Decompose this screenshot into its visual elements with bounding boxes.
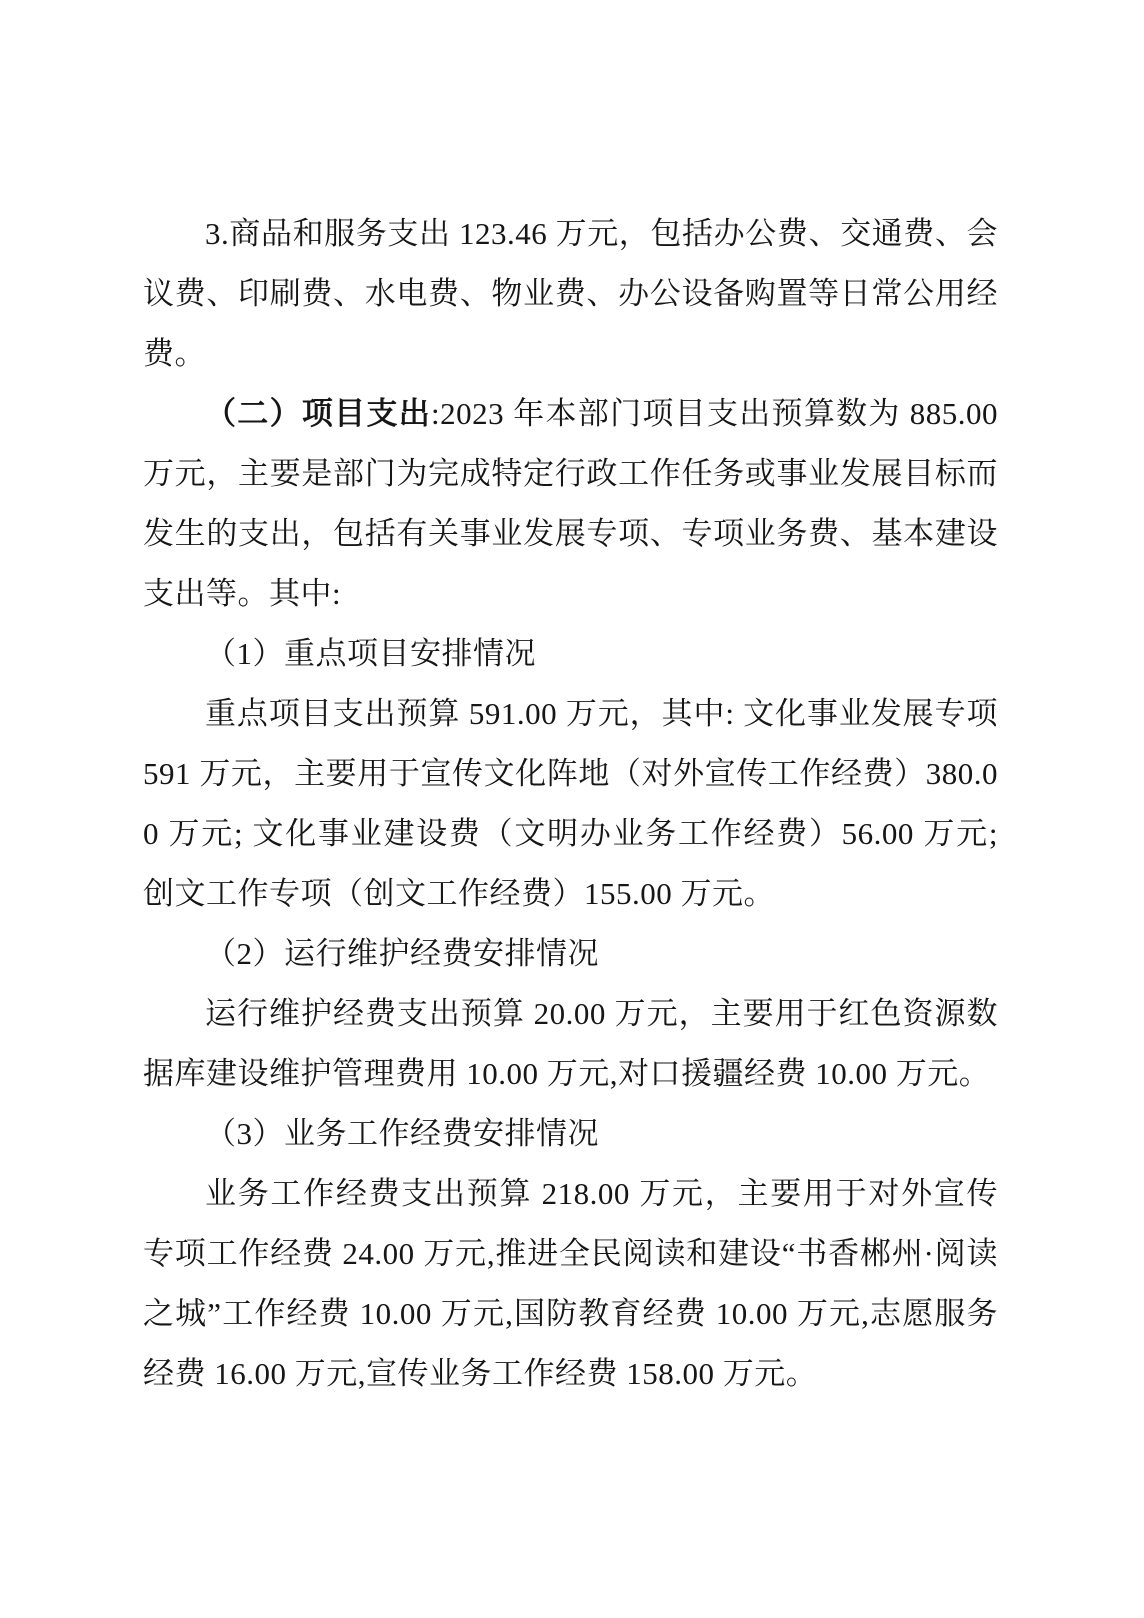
para-key-project-detail: 重点项目支出预算 591.00 万元，其中: 文化事业发展专项 591 万元，主… [143, 684, 998, 924]
body-text: （2）运行维护经费安排情况 [205, 936, 599, 971]
body-text: 3.商品和服务支出 123.46 万元，包括办公费、交通费、会议费、印刷费、水电… [143, 216, 998, 371]
para-operation-maintenance-detail: 运行维护经费支出预算 20.00 万元，主要用于红色资源数据库建设维护管理费用 … [143, 984, 998, 1104]
body-text: 重点项目支出预算 591.00 万元，其中: 文化事业发展专项 591 万元，主… [143, 696, 998, 911]
document-body: 3.商品和服务支出 123.46 万元，包括办公费、交通费、会议费、印刷费、水电… [143, 204, 998, 1404]
para-project-expenditure: （二）项目支出:2023 年本部门项目支出预算数为 885.00 万元，主要是部… [143, 384, 998, 624]
body-text: （3）业务工作经费安排情况 [205, 1116, 599, 1151]
heading-key-project-arrangement: （1）重点项目安排情况 [143, 624, 998, 684]
heading-operation-maintenance-arrangement: （2）运行维护经费安排情况 [143, 924, 998, 984]
body-text: 运行维护经费支出预算 20.00 万元，主要用于红色资源数据库建设维护管理费用 … [143, 996, 998, 1091]
body-text: 业务工作经费支出预算 218.00 万元，主要用于对外宣传专项工作经费 24.0… [143, 1176, 998, 1391]
para-goods-and-services: 3.商品和服务支出 123.46 万元，包括办公费、交通费、会议费、印刷费、水电… [143, 204, 998, 384]
body-text: （1）重点项目安排情况 [205, 636, 536, 671]
para-business-work-detail: 业务工作经费支出预算 218.00 万元，主要用于对外宣传专项工作经费 24.0… [143, 1164, 998, 1404]
heading-business-work-arrangement: （3）业务工作经费安排情况 [143, 1104, 998, 1164]
inline-bold-heading: （二）项目支出 [205, 396, 431, 431]
document-page: 3.商品和服务支出 123.46 万元，包括办公费、交通费、会议费、印刷费、水电… [0, 0, 1144, 1618]
